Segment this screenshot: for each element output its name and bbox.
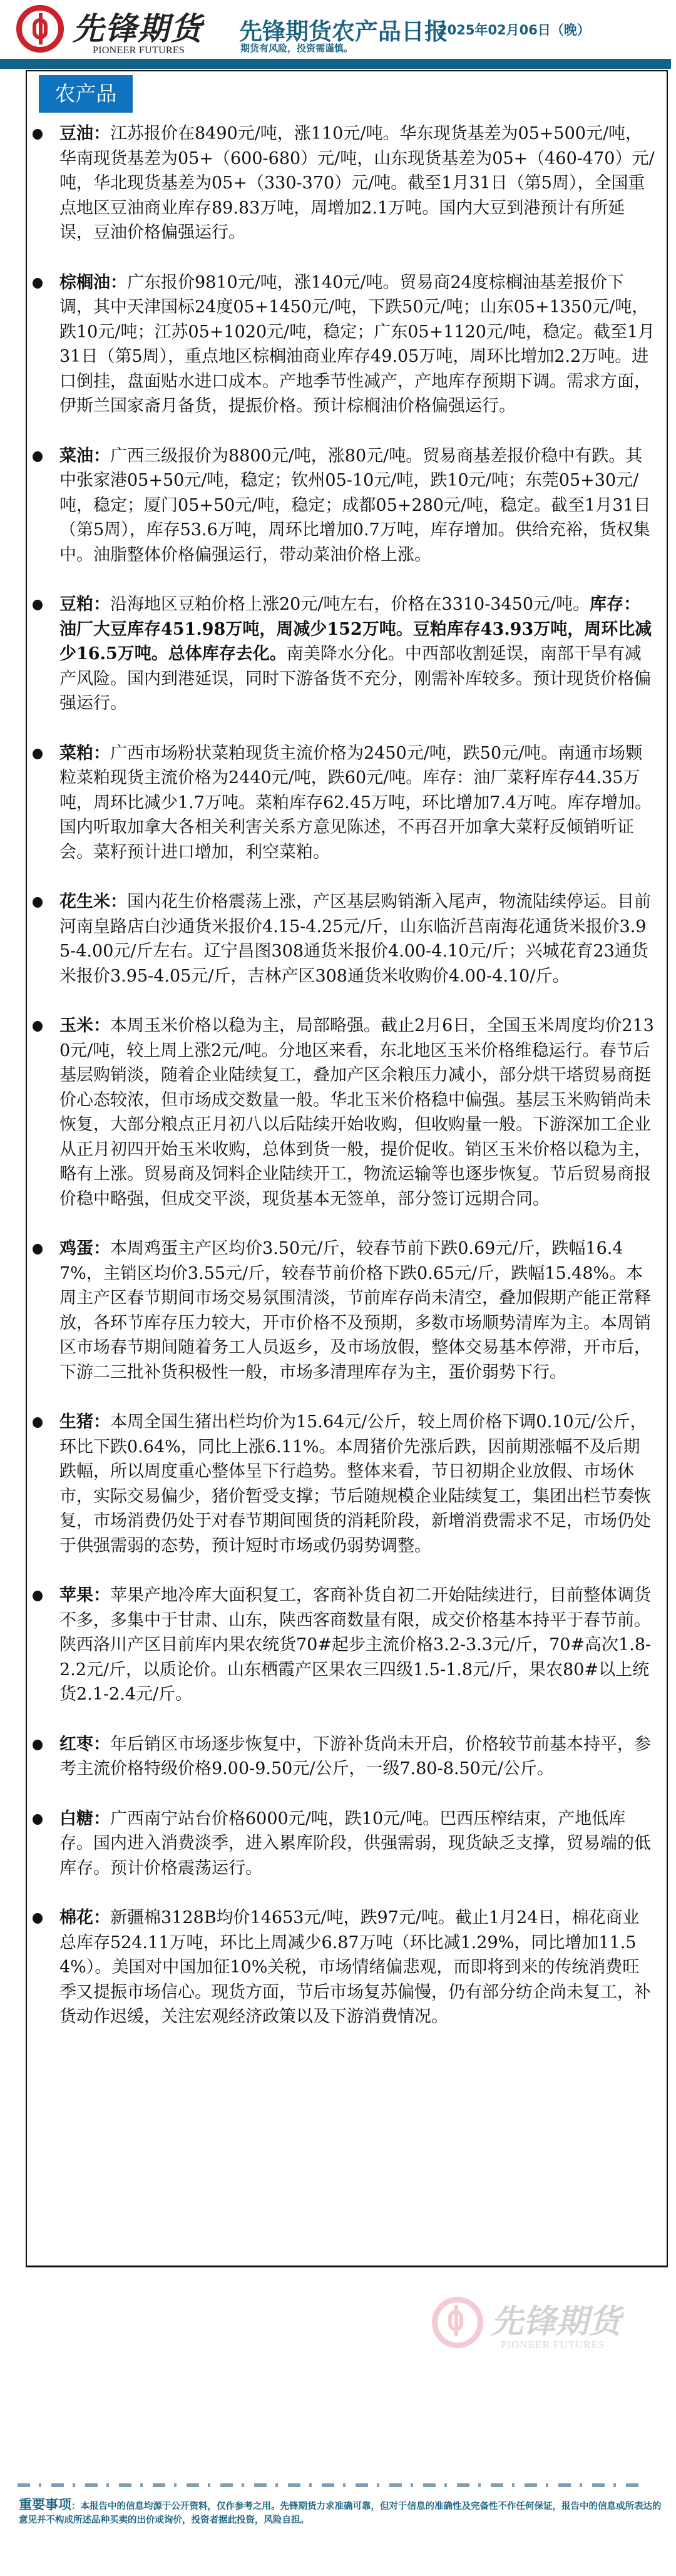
commodity-item-soybean-meal: 豆粕：沿海地区豆粕价格上涨20元/吨左右，价格在3310-3450元/吨。库存：… [27,592,667,716]
risk-slogan: 期货有风险，投资需谨慎。 [240,41,353,54]
commodity-name: 玉米： [59,1016,110,1035]
watermark-english-name: PIONEER FUTURES [501,2339,605,2351]
commodity-text: 苹果产地冷库大面积复工，客商补货自初二开始陆续进行，目前整体调货不多，多集中于甘… [59,1586,651,1704]
commodity-item-palm-oil: 棕榈油：广东报价9810元/吨，涨140元/吨。贸易商24度棕榈油基差报价下调，… [27,270,667,419]
commodity-text: 年后销区市场逐步恢复中，下游补货尚未开启，价格较节前基本持平，参考主流价格特级价… [59,1735,651,1779]
logo-english-name: PIONEER FUTURES [93,45,185,56]
commodity-text: 广西市场粉状菜粕现货主流价格为2450元/吨，跌50元/吨。南通市场颗粒菜粕现货… [59,744,652,862]
commodity-text: 新疆棉3128B均价14653元/吨，跌97元/吨。截止1月24日，棉花商业总库… [59,1908,651,2026]
bullet-icon [33,600,43,610]
commodity-name: 红枣： [59,1735,110,1754]
commodity-list: 豆油：江苏报价在8490元/吨，涨110元/吨。华东现货基差为05+500元/吨… [27,121,667,2055]
bullet-icon [33,1913,43,1924]
bullet-icon [33,1417,43,1428]
logo-emblem-icon [16,5,64,53]
commodity-item-rapeseed-meal: 菜粕：广西市场粉状菜粕现货主流价格为2450元/吨，跌50元/吨。南通市场颗粒菜… [27,741,667,865]
disclaimer-text: ：本报告中的信息均源于公开资料，仅作参考之用。先锋期货力求准确可靠，但对于信息的… [19,2502,662,2525]
commodity-text: 本周玉米价格以稳为主，局部略强。截止2月6日，全国玉米周度均价2130元/吨，较… [59,1016,654,1209]
commodity-text: 本周全国生猪出栏均价为15.64元/公斤，较上周价格下调0.10元/公斤，环比下… [59,1412,651,1556]
bullet-icon [33,1244,43,1255]
report-date: 2025年02月06日（晚） [438,20,590,39]
commodity-name: 生猪： [59,1412,110,1432]
commodity-text: 广东报价9810元/吨，涨140元/吨。贸易商24度棕榈油基差报价下调，其中天津… [59,273,655,416]
bullet-icon [33,749,43,759]
commodity-item-corn: 玉米：本周玉米价格以稳为主，局部略强。截止2月6日，全国玉米周度均价2130元/… [27,1013,667,1211]
company-watermark: 先锋期货 PIONEER FUTURES [432,2294,638,2356]
commodity-text: 江苏报价在8490元/吨，涨110元/吨。华东现货基差为05+500元/吨，华南… [59,124,655,242]
bullet-icon [33,451,43,462]
commodity-name: 苹果： [59,1586,110,1605]
bullet-icon [33,897,43,908]
commodity-item-red-date: 红枣：年后销区市场逐步恢复中，下游补货尚未开启，价格较节前基本持平，参考主流价格… [27,1732,667,1782]
commodity-item-rapeseed-oil: 菜油：广西三级报价为8800元/吨，涨80元/吨。贸易商基差报价稳中有跌。其中张… [27,444,667,568]
commodity-text: 本周鸡蛋主产区均价3.50元/斤，较春节前下跌0.69元/斤，跌幅16.47%，… [59,1239,651,1382]
commodity-text: 沿海地区豆粕价格上涨20元/吨左右，价格在3310-3450元/吨。 [110,595,590,614]
commodity-item-live-hog: 生猪：本周全国生猪出栏均价为15.64元/公斤，较上周价格下调0.10元/公斤，… [27,1410,667,1558]
commodity-item-peanut: 花生米：国内花生价格震荡上涨，产区基层购销渐入尾声，物流陆续停运。目前河南皇路店… [27,890,667,988]
bullet-icon [33,1591,43,1601]
bullet-icon [33,1814,43,1825]
watermark-emblem-icon [432,2297,483,2348]
header-divider-band [0,59,671,69]
bullet-icon [33,1021,43,1032]
commodity-item-soybean-oil: 豆油：江苏报价在8490元/吨，涨110元/吨。华东现货基差为05+500元/吨… [27,121,667,245]
logo-chinese-name: 先锋期货 [73,4,203,49]
commodity-text: 广西三级报价为8800元/吨，涨80元/吨。贸易商基差报价稳中有跌。其中张家港0… [59,446,651,565]
disclaimer-label: 重要事项 [19,2497,71,2512]
report-header: 先锋期货 PIONEER FUTURES 先锋期货农产品日报 2025年02月0… [0,0,676,59]
commodity-name: 白糖： [59,1809,110,1829]
commodity-name: 花生米： [59,892,127,911]
company-logo: 先锋期货 PIONEER FUTURES [16,5,210,58]
commodity-item-apple: 苹果：苹果产地冷库大面积复工，客商补货自初二开始陆续进行，目前整体调货不多，多集… [27,1583,667,1707]
commodity-item-sugar: 白糖：广西南宁站台价格6000元/吨，跌10元/吨。巴西压榨结束，产地低库存。国… [27,1807,667,1881]
commodity-name: 鸡蛋： [59,1239,110,1258]
commodity-item-egg: 鸡蛋：本周鸡蛋主产区均价3.50元/斤，较春节前下跌0.69元/斤，跌幅16.4… [27,1236,667,1385]
bullet-icon [33,278,43,289]
commodity-name: 菜粕： [59,744,110,763]
commodity-text: 广西南宁站台价格6000元/吨，跌10元/吨。巴西压榨结束，产地低库存。国内进入… [59,1809,651,1878]
section-tag: 农产品 [39,75,133,113]
commodity-name: 棕榈油： [59,273,127,292]
commodity-name: 菜油： [59,446,110,466]
commodity-text: 国内花生价格震荡上涨，产区基层购销渐入尾声，物流陆续停运。目前河南皇路店白沙通货… [59,892,651,986]
commodity-name: 豆油： [59,124,110,143]
commodity-item-cotton: 棉花：新疆棉3128B均价14653元/吨，跌97元/吨。截止1月24日，棉花商… [27,1906,667,2029]
commodity-name: 棉花： [59,1908,110,1927]
footer-dashed-divider [18,2483,643,2487]
bullet-icon [33,129,43,140]
disclaimer: 重要事项：本报告中的信息均源于公开资料，仅作参考之用。先锋期货力求准确可靠，但对… [19,2498,663,2527]
watermark-chinese-name: 先锋期货 [491,2295,621,2342]
commodity-name: 豆粕： [59,595,110,614]
content-box: 农产品 豆油：江苏报价在8490元/吨，涨110元/吨。华东现货基差为05+50… [26,70,668,2267]
bullet-icon [33,1740,43,1750]
